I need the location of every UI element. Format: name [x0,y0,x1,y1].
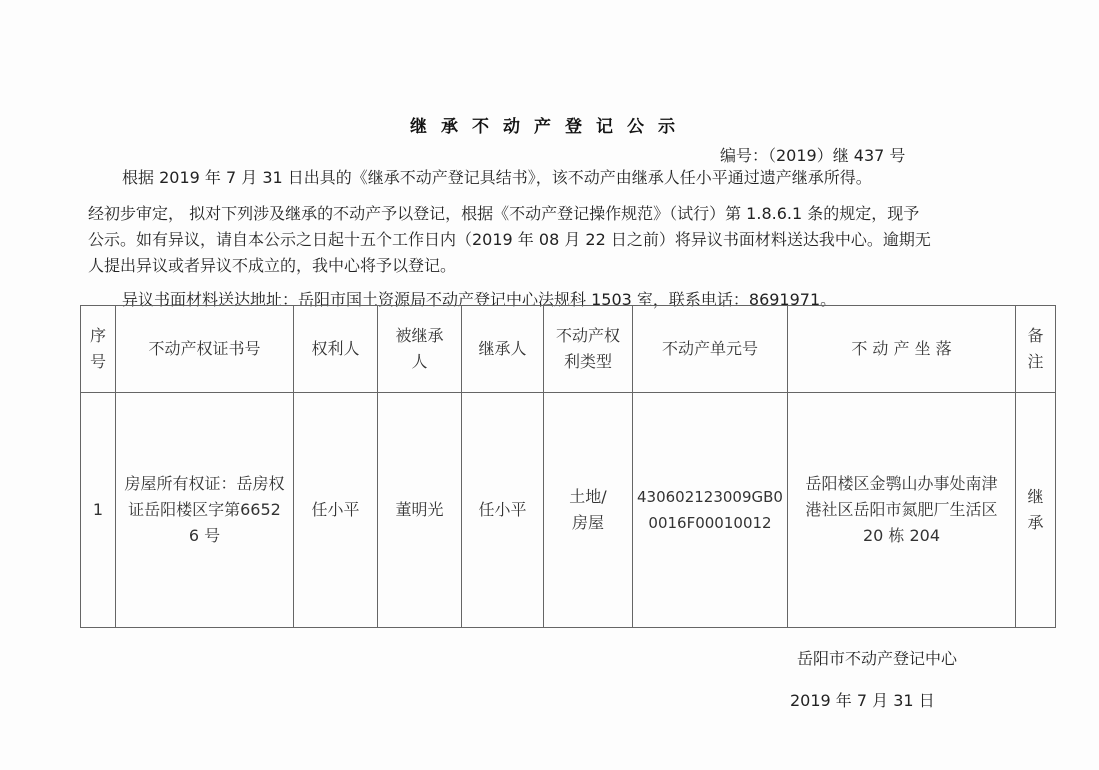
header-location: 不 动 产 坐 落 [788,306,1016,393]
table-row: 1 房屋所有权证：岳房权证岳阳楼区字第66526 号 任小平 董明光 任小平 土… [81,393,1056,628]
cell-heir: 任小平 [462,393,544,628]
header-remark: 备注 [1016,306,1056,393]
header-unit-no: 不动产单元号 [633,306,788,393]
cell-seq: 1 [81,393,116,628]
cell-cert-no: 房屋所有权证：岳房权证岳阳楼区字第66526 号 [116,393,294,628]
cell-right-type: 土地/房屋 [544,393,633,628]
cell-remark: 继承 [1016,393,1056,628]
document-number: 编号：（2019）继 437 号 [720,143,905,166]
header-heir: 继承人 [462,306,544,393]
cell-owner: 任小平 [294,393,378,628]
property-table: 序号 不动产权证书号 权利人 被继承人 继承人 不动产权利类型 不动产单元号 不… [80,305,1056,628]
header-decedent: 被继承人 [378,306,462,393]
table-header-row: 序号 不动产权证书号 权利人 被继承人 继承人 不动产权利类型 不动产单元号 不… [81,306,1056,393]
cell-decedent: 董明光 [378,393,462,628]
header-seq: 序号 [81,306,116,393]
header-right-type: 不动产权利类型 [544,306,633,393]
issue-date: 2019 年 7 月 31 日 [790,688,935,711]
document-title: 继承不动产登记公示 [0,112,1099,137]
paragraph-2-line-2: 公示。如有异议，请自本公示之日起十五个工作日内（2019 年 08 月 22 日… [88,227,931,253]
header-owner: 权利人 [294,306,378,393]
header-cert-no: 不动产权证书号 [116,306,294,393]
paragraph-1: 根据 2019 年 7 月 31 日出具的《继承不动产登记具结书》，该不动产由继… [122,165,872,191]
cell-location: 岳阳楼区金鹗山办事处南津港社区岳阳市氮肥厂生活区 20 栋 204 [788,393,1016,628]
cell-unit-no: 430602123009GB00016F00010012 [633,393,788,628]
issuer-name: 岳阳市不动产登记中心 [797,646,957,669]
paragraph-2-line-1: 经初步审定， 拟对下列涉及继承的不动产予以登记，根据《不动产登记操作规范》（试行… [88,201,919,227]
paragraph-2-line-3: 人提出异议或者异议不成立的，我中心将予以登记。 [88,253,456,279]
